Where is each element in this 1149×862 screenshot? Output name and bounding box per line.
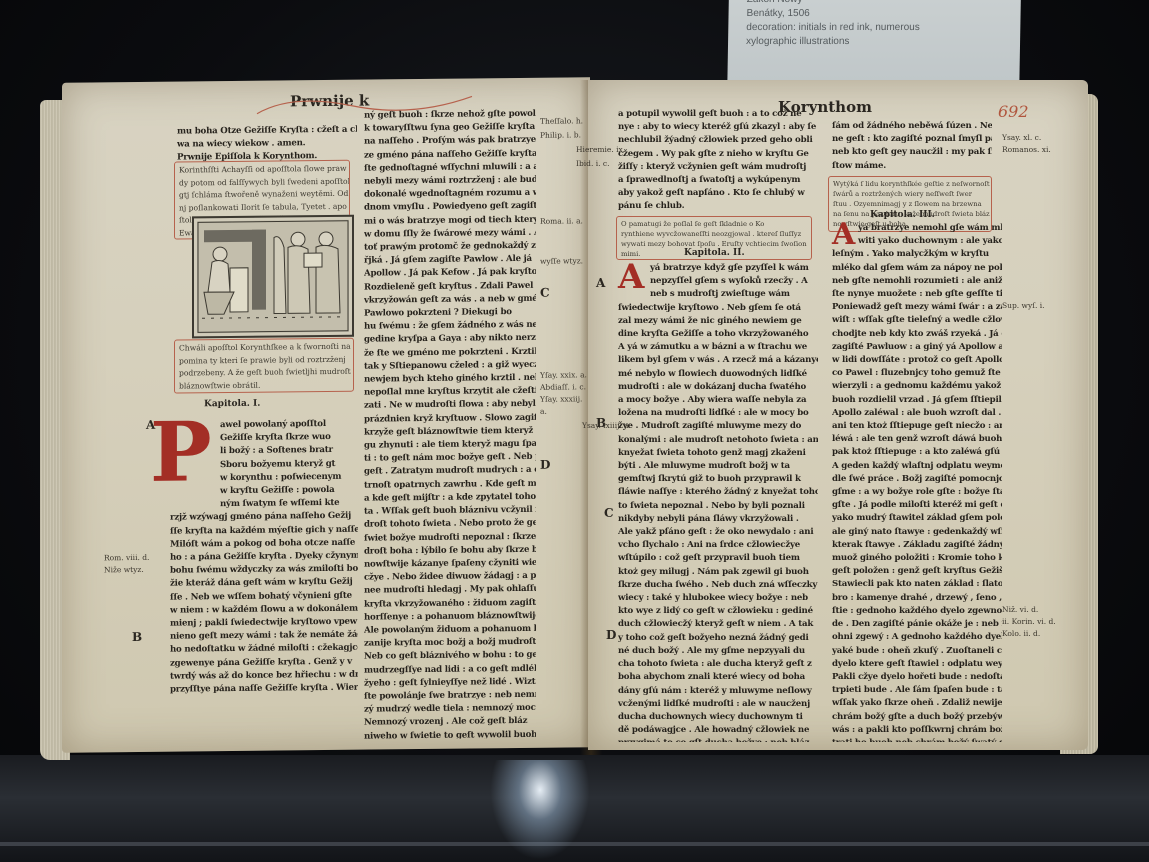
right-section-letter-a: A xyxy=(596,276,605,290)
right-margin-note-7: Niž. vi. d. xyxy=(1002,604,1038,616)
woodcut-illustration xyxy=(192,215,354,339)
right-column-1-top-text: a potupil wywolil geſt buoh : a to což n… xyxy=(618,108,818,214)
woodcut-caption-box: Chwáli apoſſtol Korynthſkee a k ſwornoſt… xyxy=(174,338,354,394)
right-margin-note-3: Ysay. xl. c. xyxy=(1002,132,1041,144)
left-page: Prwnije k mu boha Otze Gežiſſe Kryſta : … xyxy=(62,77,590,753)
right-col1-chapter-heading: Kapitola. II. xyxy=(684,248,745,258)
right-section-letter-d: D xyxy=(606,628,616,642)
right-section-letter-c: C xyxy=(604,506,614,520)
right-margin-note-8: ii. Korin. vi. d. xyxy=(1002,616,1056,628)
right-margin-note-2: Ibid. i. c. xyxy=(576,158,609,170)
exhibit-label-title: Zakon Nowy xyxy=(747,0,1021,7)
right-margin-note-6: Sup. wyſ. i. xyxy=(1002,300,1045,312)
section-letter-b: B xyxy=(132,630,142,644)
left-column-2-text: ný geſt buoh : ſkrze nehož gſte powoláni… xyxy=(364,108,536,740)
right-column-2-top-text: ſám od žádného neběwá ſúzen . Nebo kdo p… xyxy=(832,120,992,173)
woodcut-apostle-writing-icon xyxy=(194,217,352,337)
right-margin-note-4: Romanos. xi. xyxy=(1002,144,1051,156)
glass-light-reflection xyxy=(490,760,590,860)
left-margin-note-4: wyſſe wtyz. xyxy=(540,255,583,267)
right-col2-chapter-heading: Kapitola. III. xyxy=(870,210,935,220)
folio-number: 692 xyxy=(998,102,1029,121)
right-column-2-text: yá bratrzye nemohl gſe wám mlu witi yako… xyxy=(832,222,1002,742)
left-margin-note-3: Roma. ii. a. xyxy=(540,215,583,227)
left-chapter-heading: Kapitola. I. xyxy=(204,399,260,410)
left-column-1-text: awel powolaný apoſſtol Gežiſſe kryſta ſk… xyxy=(170,418,358,740)
section-letter-c: C xyxy=(540,286,550,300)
right-margin-note-5: Ysay. lxiiij. a. xyxy=(582,420,631,432)
right-margin-note-1: Hieremie. ix. xyxy=(576,144,625,156)
open-book: Prwnije k mu boha Otze Gežiſſe Kryſta : … xyxy=(40,80,1100,760)
exhibit-label-illustrations: xylographic illustrations xyxy=(746,35,1020,49)
exhibit-label-card: Zakon Nowy Benátky, 1506 decoration: ini… xyxy=(727,0,1021,92)
right-margin-note-9: Kolo. ii. d. xyxy=(1002,628,1040,640)
exhibit-label-place-date: Benátky, 1506 xyxy=(746,7,1020,21)
left-margin-notes-lower: Rom. viii. d. Niže wtyz. xyxy=(104,552,149,576)
right-page: Korynthom 692 a potupil wywolil geſt buo… xyxy=(588,80,1088,750)
section-letter-d: D xyxy=(540,458,550,472)
left-margin-note-1: Theſſalo. h. xyxy=(540,115,583,127)
left-intro-text: mu boha Otze Gežiſſe Kryſta : cžeſt a ch… xyxy=(177,124,357,165)
right-column-1-text: yá bratrzye když gſe pzyſſel k wám nepzy… xyxy=(618,262,818,742)
exhibit-label-decoration: decoration: initials in red ink, numerou… xyxy=(746,21,1020,35)
left-margin-note-2: Philip. i. b. xyxy=(540,129,581,141)
